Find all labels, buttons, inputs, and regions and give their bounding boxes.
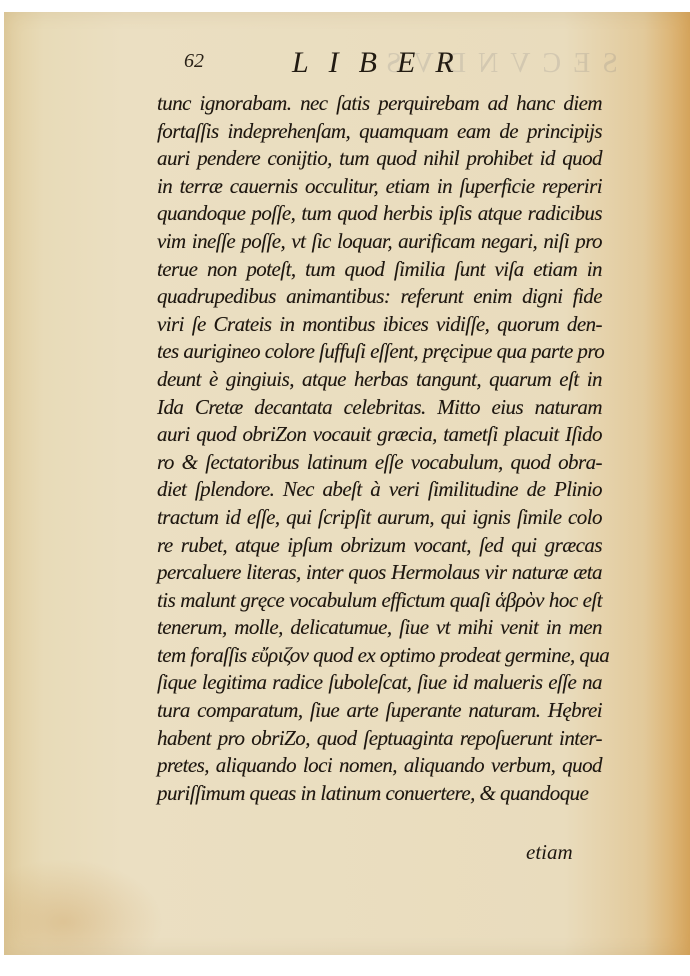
text-line: deunt è gingiuis, atque herbas tangunt, … [157, 366, 602, 394]
text-line: in terræ cauernis occulitur, etiam in ſu… [157, 173, 602, 201]
text-line: Ida Cretæ decantata celebritas. Mitto ei… [157, 394, 602, 422]
catchword: etiam [526, 840, 573, 865]
text-line: fortaſſis indeprehenſam, quamquam eam de… [157, 118, 602, 146]
text-line: diet ſplendore. Nec abeſt à veri ſimilit… [157, 476, 602, 504]
book-page: SECVNDVS 62 LIBER tunc ignorabam. nec ſa… [4, 12, 690, 955]
text-line: tem foraſſis εὔριζον quod ex optimo prod… [157, 642, 602, 670]
text-line: quandoque poſſe, tum quod herbis ipſis a… [157, 200, 602, 228]
text-line: tis malunt gręce vocabulum effictum quaſ… [157, 587, 602, 615]
text-line: viri ſe Crateis in montibus ibices vidiſ… [157, 311, 602, 339]
text-line: tractum id eſſe, qui ſcripſit aurum, qui… [157, 504, 602, 532]
running-head: LIBER [292, 46, 474, 80]
body-text: tunc ignorabam. nec ſatis perquirebam ad… [157, 90, 602, 807]
text-line: ro & ſectatoribus latinum eſſe vocabulum… [157, 449, 602, 477]
text-line: pretes, aliquando loci nomen, aliquando … [157, 752, 602, 780]
text-line: auri quod obriZon vocauit græcia, tametſ… [157, 421, 602, 449]
text-line: re rubet, atque ipſum obrizum vocant, ſe… [157, 532, 602, 560]
text-line: vim ineſſe poſſe, vt ſic loquar, aurific… [157, 228, 602, 256]
text-line: tunc ignorabam. nec ſatis perquirebam ad… [157, 90, 602, 118]
text-line: tenerum, molle, delicatumue, ſiue vt mih… [157, 614, 602, 642]
text-line: ſique legitima radice ſuboleſcat, ſiue i… [157, 669, 602, 697]
text-line: quadrupedibus animantibus: referunt enim… [157, 283, 602, 311]
text-line: tes aurigineo colore ſuffuſi eſſent, prę… [157, 338, 602, 366]
text-line: percaluere literas, inter quos Hermolaus… [157, 559, 602, 587]
page-number: 62 [184, 50, 204, 73]
text-line: auri pendere conijtio, tum quod nihil pr… [157, 145, 602, 173]
text-line: terue non poteſt, tum quod ſimilia ſunt … [157, 256, 602, 284]
text-line: tura comparatum, ſiue arte ſuperante nat… [157, 697, 602, 725]
text-line: habent pro obriZo, quod ſeptuaginta repo… [157, 725, 602, 753]
text-line: puriſſimum queas in latinum conuertere, … [157, 780, 602, 808]
